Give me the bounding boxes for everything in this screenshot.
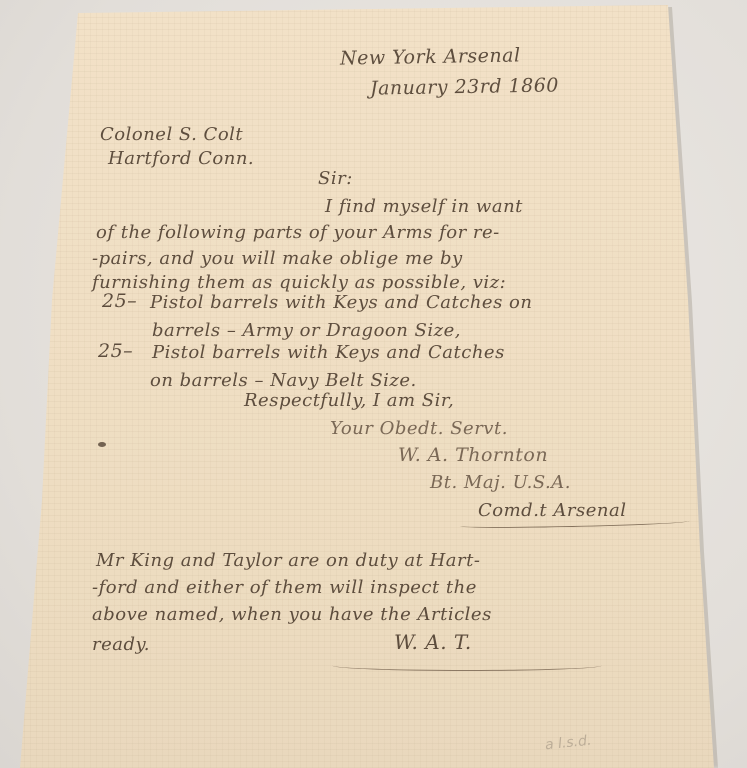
postscript-line: Mr King and Taylor are on duty at Hart-: [96, 550, 480, 571]
recipient-location: Hartford Conn.: [108, 148, 254, 169]
letter-heading-place: New York Arsenal: [340, 44, 521, 69]
item-quantity: 25–: [102, 290, 137, 312]
salutation: Sir:: [318, 168, 353, 189]
signature-name: W. A. Thornton: [398, 444, 548, 466]
item-line: barrels – Army or Dragoon Size,: [152, 320, 461, 341]
postscript-line: ready.: [92, 634, 150, 655]
ink-blot: [98, 442, 106, 447]
item-line: Pistol barrels with Keys and Catches on: [150, 292, 532, 313]
signature-post: Comd.t Arsenal: [478, 500, 626, 521]
item-line: Pistol barrels with Keys and Catches: [152, 342, 505, 363]
initials-flourish: [332, 660, 602, 671]
closing-line: Respectfully, I am Sir,: [244, 390, 454, 411]
closing-line: Your Obedt. Servt.: [330, 418, 508, 439]
signature-rank: Bt. Maj. U.S.A.: [430, 472, 571, 493]
item-quantity: 25–: [98, 340, 133, 362]
postscript-initials: W. A. T.: [394, 630, 472, 654]
body-line: furnishing them as quickly as possible, …: [92, 272, 506, 293]
postscript-line: above named, when you have the Articles: [92, 604, 492, 625]
body-line: of the following parts of your Arms for …: [96, 222, 500, 243]
body-line: -pairs, and you will make oblige me by: [92, 248, 463, 269]
body-line: I find myself in want: [325, 196, 523, 217]
recipient-name: Colonel S. Colt: [100, 124, 243, 145]
item-line: on barrels – Navy Belt Size.: [150, 370, 417, 391]
letter-heading-date: January 23rd 1860: [370, 74, 559, 99]
postscript-line: -ford and either of them will inspect th…: [92, 577, 477, 598]
